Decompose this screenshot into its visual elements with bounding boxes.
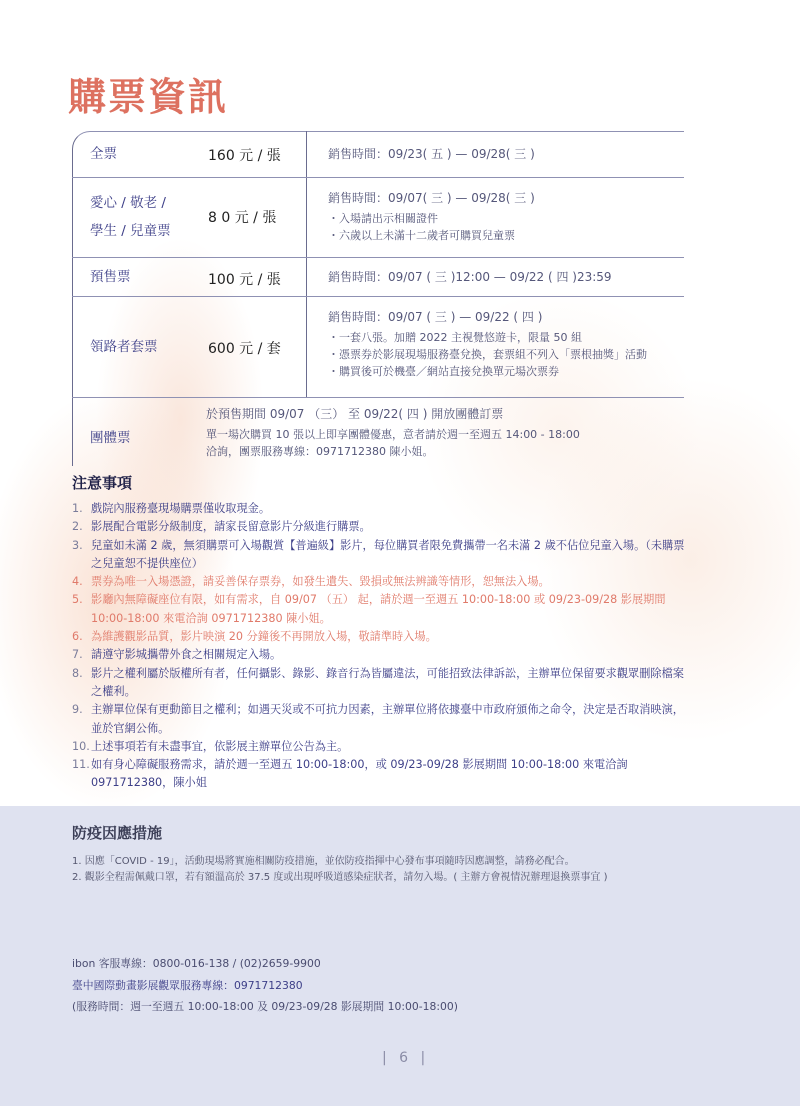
ticket-price: 100 元 / 張 xyxy=(208,269,281,289)
ticket-name-line2: 學生 / 兒童票 xyxy=(90,218,171,245)
ticket-price: 160 元 / 張 xyxy=(208,145,281,165)
ticket-info: 銷售時間：09/23( 五 ) — 09/28( 三 ) xyxy=(328,146,535,166)
ticket-price: 8 0 元 / 張 xyxy=(208,207,276,227)
sale-time: 於預售期間 09/07 （三） 至 09/22( 四 ) 開放團體訂票 xyxy=(206,406,580,423)
note-item-highlight: 5.影廳內無障礙座位有限，如有需求，自 09/07 （五） 起，請於週一至週五 … xyxy=(72,591,692,628)
ibon-hotline: ibon 客服專線：0800-016-138 / (02)2659-9900 xyxy=(72,953,458,975)
ticket-note: ・憑票券於影展現場服務臺兌換，套票組不列入「票根抽獎」活動 xyxy=(328,346,647,363)
ticket-row-full: 全票 160 元 / 張 銷售時間：09/23( 五 ) — 09/28( 三 … xyxy=(72,131,684,178)
note-item-highlight: 4.票券為唯一入場憑證，請妥善保存票券，如發生遺失、毀損或無法辨識等情形，恕無法… xyxy=(72,573,692,591)
ticket-note: ・一套八張。加贈 2022 主視覺悠遊卡，限量 50 組 xyxy=(328,329,647,346)
page-title: 購票資訊 xyxy=(68,66,228,121)
note-item: 1.戲院內服務臺現場購票僅收取現金。 xyxy=(72,500,692,518)
ticket-row-concession: 愛心 / 敬老 / 學生 / 兒童票 8 0 元 / 張 銷售時間：09/07(… xyxy=(72,178,684,258)
note-item: 8.影片之權利屬於版權所有者，任何攝影、錄影、錄音行為皆屬違法，可能招致法律訴訟… xyxy=(72,665,692,702)
ticket-info: 銷售時間：09/07( 三 ) — 09/28( 三 ) ・入場請出示相關證件 … xyxy=(328,190,535,244)
ticket-info: 銷售時間：09/07 ( 三 )12:00 — 09/22 ( 四 )23:59 xyxy=(328,269,612,289)
covid-item: 2. 觀影全程需佩戴口罩，若有額溫高於 37.5 度或出現呼吸道感染症狀者，請勿… xyxy=(72,870,608,886)
ticket-price: 600 元 / 套 xyxy=(208,338,281,358)
sale-time: 銷售時間：09/07 ( 三 ) — 09/22 ( 四 ) xyxy=(328,309,647,326)
covid-item: 1. 因應「COVID - 19」，活動現場將實施相關防疫措施，並依防疫指揮中心… xyxy=(72,854,608,870)
ticket-note: ・購買後可於機臺／網站直接兌換單元場次票券 xyxy=(328,363,647,380)
notes-heading: 注意事項 xyxy=(72,472,132,493)
ticket-name: 領路者套票 xyxy=(90,334,158,361)
ticket-table: 全票 160 元 / 張 銷售時間：09/23( 五 ) — 09/28( 三 … xyxy=(72,131,684,466)
page-number: | 6 | xyxy=(382,1050,429,1066)
ticket-name: 團體票 xyxy=(90,425,131,452)
note-item: 3.兒童如未滿 2 歲，無須購票可入場觀賞【普遍級】影片，每位購買者限免費攜帶一… xyxy=(72,537,692,574)
note-item: 10.上述事項若有未盡事宜，依影展主辦單位公告為主。 xyxy=(72,738,692,756)
festival-hotline: 臺中國際動畫影展觀眾服務專線：0971712380 xyxy=(72,975,458,997)
ticket-row-pathfinder-package: 領路者套票 600 元 / 套 銷售時間：09/07 ( 三 ) — 09/22… xyxy=(72,297,684,398)
ticket-row-group: 團體票 於預售期間 09/07 （三） 至 09/22( 四 ) 開放團體訂票 … xyxy=(72,398,684,466)
sale-time: 銷售時間：09/23( 五 ) — 09/28( 三 ) xyxy=(328,146,535,163)
ticket-note: 單一場次購買 10 張以上即享團體優惠，意者請於週一至週五 14:00 - 18… xyxy=(206,426,580,443)
contact-info: ibon 客服專線：0800-016-138 / (02)2659-9900 臺… xyxy=(72,953,458,1018)
ticket-note: ・六歲以上未滿十二歲者可購買兒童票 xyxy=(328,227,535,244)
ticket-name-line1: 愛心 / 敬老 / xyxy=(90,190,166,217)
note-item-highlight: 6.為維護觀影品質，影片映演 20 分鐘後不再開放入場，敬請準時入場。 xyxy=(72,628,692,646)
ticket-name: 預售票 xyxy=(90,264,131,291)
page: 購票資訊 全票 160 元 / 張 銷售時間：09/23( 五 ) — 09/2… xyxy=(0,0,800,1106)
ticket-name: 全票 xyxy=(90,141,117,168)
notes-list: 1.戲院內服務臺現場購票僅收取現金。 2.影展配合電影分級制度，請家長留意影片分… xyxy=(72,500,692,793)
sale-time: 銷售時間：09/07 ( 三 )12:00 — 09/22 ( 四 )23:59 xyxy=(328,269,612,286)
ticket-info: 於預售期間 09/07 （三） 至 09/22( 四 ) 開放團體訂票 單一場次… xyxy=(206,406,580,460)
ticket-note: 洽詢，團票服務專線：0971712380 陳小姐。 xyxy=(206,443,580,460)
sale-time: 銷售時間：09/07( 三 ) — 09/28( 三 ) xyxy=(328,190,535,207)
ticket-row-presale: 預售票 100 元 / 張 銷售時間：09/07 ( 三 )12:00 — 09… xyxy=(72,258,684,297)
note-item: 2.影展配合電影分級制度，請家長留意影片分級進行購票。 xyxy=(72,518,692,536)
note-item: 7.請遵守影城攜帶外食之相關規定入場。 xyxy=(72,646,692,664)
note-item: 11.如有身心障礙服務需求，請於週一至週五 10:00-18:00，或 09/2… xyxy=(72,756,692,793)
ticket-note: ・入場請出示相關證件 xyxy=(328,210,535,227)
note-item: 9.主辦單位保有更動節目之權利；如遇天災或不可抗力因素，主辦單位將依據臺中市政府… xyxy=(72,701,692,738)
covid-heading: 防疫因應措施 xyxy=(72,822,162,843)
covid-list: 1. 因應「COVID - 19」，活動現場將實施相關防疫措施，並依防疫指揮中心… xyxy=(72,854,608,886)
service-hours: (服務時間：週一至週五 10:00-18:00 及 09/23-09/28 影展… xyxy=(72,996,458,1018)
ticket-info: 銷售時間：09/07 ( 三 ) — 09/22 ( 四 ) ・一套八張。加贈 … xyxy=(328,309,647,380)
